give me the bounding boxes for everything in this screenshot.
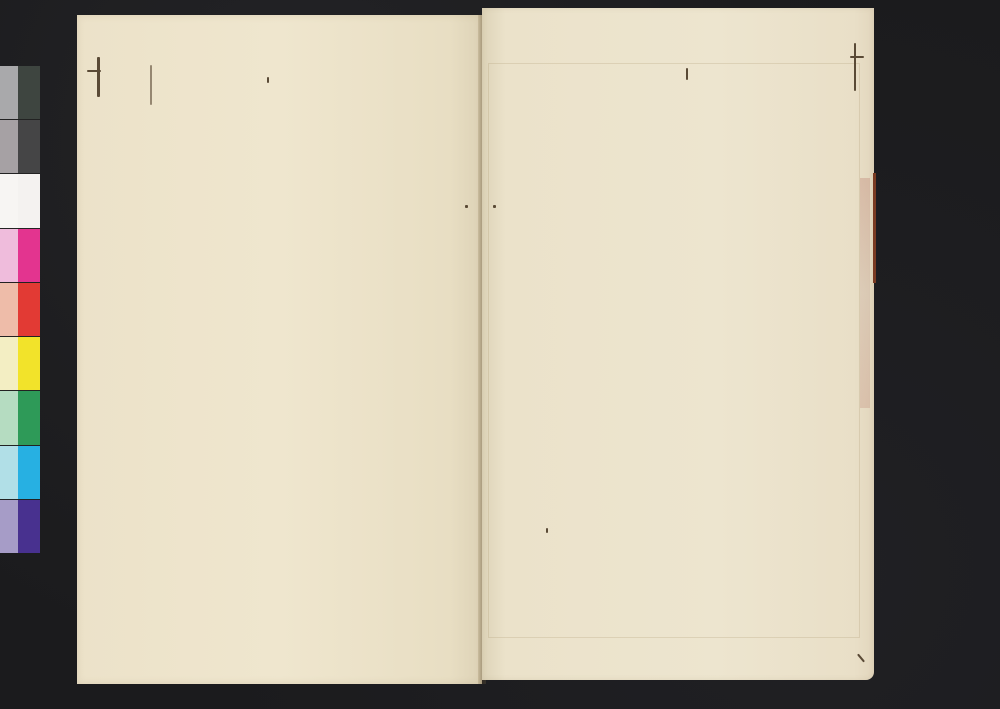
color-patch-light (0, 446, 18, 499)
speck (686, 68, 688, 80)
color-patch-light (0, 500, 18, 553)
color-patch-light (0, 229, 18, 282)
page-margin-frame (488, 63, 860, 638)
color-patch-dark (18, 500, 40, 553)
color-patch-light (0, 283, 18, 336)
edge-stain (860, 178, 870, 408)
edge-red-line (873, 173, 876, 283)
color-patch-light (0, 174, 18, 227)
color-patch-dark (18, 174, 40, 227)
binding-thread-mark (854, 43, 856, 91)
binding-thread-mark (87, 70, 101, 72)
binding-thread-mark (850, 56, 864, 58)
color-patch-dark (18, 120, 40, 173)
color-patch-dark (18, 229, 40, 282)
right-page (482, 8, 874, 680)
color-patch-light (0, 391, 18, 444)
speck (465, 205, 468, 208)
color-patch-dark (18, 283, 40, 336)
color-patch-light (0, 120, 18, 173)
left-page (77, 15, 482, 684)
binding-thread-mark (97, 57, 100, 97)
speck (546, 528, 548, 533)
speck (493, 205, 496, 208)
color-calibration-strip (0, 66, 40, 553)
color-patch-dark (18, 391, 40, 444)
color-patch-dark (18, 66, 40, 119)
binding-thread-mark (150, 65, 152, 105)
speck (267, 77, 269, 83)
corner-mark (857, 654, 865, 663)
color-patch-dark (18, 337, 40, 390)
color-patch-dark (18, 446, 40, 499)
color-patch-light (0, 66, 18, 119)
color-patch-light (0, 337, 18, 390)
